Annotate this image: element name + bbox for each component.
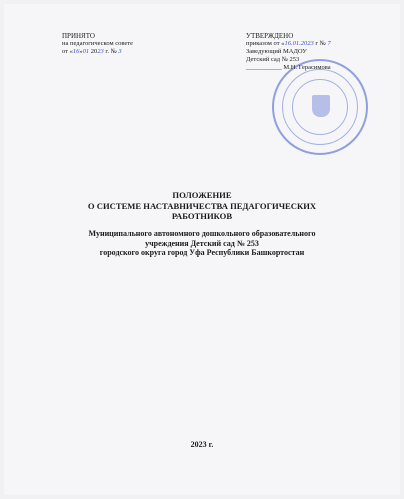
organization-name: Муниципального автономного дошкольного о… [4,229,400,258]
document-year: 2023 г. [4,440,400,450]
kindergarten-name: Детский сад № 253 [246,56,331,64]
document-page: ПРИНЯТО на педагогическом совете от «16»… [4,4,400,495]
coat-of-arms-icon [312,95,330,117]
official-seal-stamp [272,59,368,155]
adopted-heading: ПРИНЯТО [62,32,133,40]
order-date-line: приказом от «16.01.2023 г № 7 [246,40,331,48]
document-title: ПОЛОЖЕНИЕ О СИСТЕМЕ НАСТАВНИЧЕСТВА ПЕДАГ… [4,190,400,222]
approval-right-block: УТВЕРЖДЕНО приказом от «16.01.2023 г № 7… [246,32,331,72]
pedagogical-council-label: на педагогическом совете [62,40,133,48]
approved-heading: УТВЕРЖДЕНО [246,32,331,40]
approval-left-block: ПРИНЯТО на педагогическом совете от «16»… [62,32,133,56]
head-position: Заведующий МАДОУ [246,48,331,56]
council-date-line: от «16»01 2023 г. № 3 [62,48,133,56]
signature-line: ___________ М.Н. Герасимова [246,64,331,72]
